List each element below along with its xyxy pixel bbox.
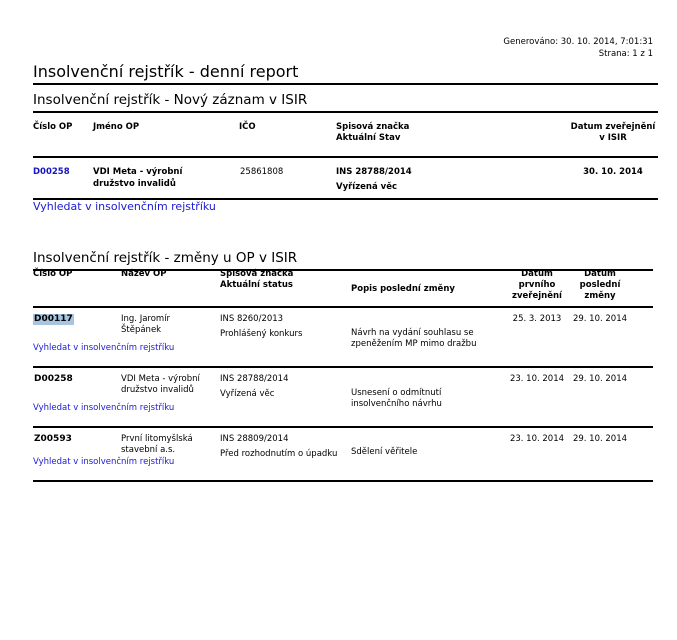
header-first-published: Datum prvního zveřejnění [505,269,569,302]
search-isir-link[interactable]: Vyhledat v insolvenčním rejstříku [33,343,174,354]
search-isir-link[interactable]: Vyhledat v insolvenčním rejstříku [33,403,174,414]
section-changes-title: Insolvenční rejstřík - změny u OP v ISIR [33,249,653,271]
file-mark: INS 28809/2014 [220,434,337,445]
changes-table: Číslo OP Název OP Spisová značka Aktuáln… [33,269,653,482]
new-records-header: Číslo OP Jméno OP IČO Spisová značka Akt… [33,122,658,158]
op-name: První litomyšlská stavební a.s. [121,434,211,456]
report-title: Insolvenční rejstřík - denní report [33,62,658,85]
first-published-date: 25. 3. 2013 [505,314,569,325]
status: Vyřízená věc [220,389,289,400]
last-change-description: Sdělení věřitele [351,447,501,458]
first-published-date: 23. 10. 2014 [505,374,569,385]
file-mark: INS 28788/2014 [336,166,412,178]
header-ico: IČO [239,122,256,133]
last-changed-date: 29. 10. 2014 [569,374,631,385]
header-file-mark-label: Spisová značka [336,122,409,133]
op-number[interactable]: D00258 [33,374,74,385]
header-file-mark: Spisová značka Aktuální Stav [336,122,409,144]
file-mark: INS 8260/2013 [220,314,302,325]
search-isir-link[interactable]: Vyhledat v insolvenčním rejstříku [33,457,174,468]
file-mark-cell: INS 28809/2014 Před rozhodnutím o úpadku [220,434,337,464]
op-name: VDI Meta - výrobní družstvo invalidů [121,374,211,396]
last-changed-date: 29. 10. 2014 [569,314,631,325]
first-published-date: 23. 10. 2014 [505,434,569,445]
header-op-number: Číslo OP [33,122,72,133]
table-row: D00258 VDI Meta - výrobní družstvo inval… [33,158,658,200]
header-op-number: Číslo OP [33,269,72,280]
report-meta: Generováno: 30. 10. 2014, 7:01:31 Strana… [503,36,653,60]
header-file-mark: Spisová značka Aktuální status [220,269,293,291]
op-number[interactable]: Z00593 [33,434,73,445]
state: Vyřízená věc [336,181,412,193]
header-file-mark-label: Spisová značka [220,269,293,280]
generated-timestamp: Generováno: 30. 10. 2014, 7:01:31 [503,36,653,48]
header-status-label: Aktuální status [220,280,293,291]
last-change-description: Návrh na vydání souhlasu se zpeněžením M… [351,328,501,350]
status: Před rozhodnutím o úpadku [220,449,337,460]
header-op-name: Název OP [121,269,211,280]
header-current-state-label: Aktuální Stav [336,133,409,144]
new-records-table: Číslo OP Jméno OP IČO Spisová značka Akt… [33,122,658,200]
header-last-changed: Datum poslední změny [569,269,631,302]
ico-value: 25861808 [240,166,283,178]
op-number-link[interactable]: D00258 [33,166,70,178]
last-change-description: Usnesení o odmítnutí insolvenčního návrh… [351,388,501,410]
op-name: Ing. Jaromír Štěpánek [121,314,211,336]
file-mark-cell: INS 28788/2014 Vyřízená věc [336,166,412,196]
op-name: VDI Meta - výrobní družstvo invalidů [93,166,203,190]
table-row: D00258 VDI Meta - výrobní družstvo inval… [33,368,653,428]
last-changed-date: 29. 10. 2014 [569,434,631,445]
file-mark: INS 28788/2014 [220,374,289,385]
header-last-change: Popis poslední změny [351,284,501,295]
header-published-date: Datum zveřejnění v ISIR [568,122,658,144]
file-mark-cell: INS 8260/2013 Prohlášený konkurs [220,314,302,344]
changes-header: Číslo OP Název OP Spisová značka Aktuáln… [33,269,653,308]
file-mark-cell: INS 28788/2014 Vyřízená věc [220,374,289,404]
status: Prohlášený konkurs [220,329,302,340]
op-number[interactable]: D00117 [33,314,74,325]
header-op-name: Jméno OP [93,122,203,133]
table-row: Z00593 První litomyšlská stavební a.s. I… [33,428,653,482]
published-date: 30. 10. 2014 [568,166,658,178]
table-row: D00117 Ing. Jaromír Štěpánek INS 8260/20… [33,308,653,368]
page-indicator: Strana: 1 z 1 [503,48,653,60]
search-isir-link[interactable]: Vyhledat v insolvenčním rejstříku [33,200,216,213]
section-new-title: Insolvenční rejstřík - Nový záznam v ISI… [33,91,658,113]
